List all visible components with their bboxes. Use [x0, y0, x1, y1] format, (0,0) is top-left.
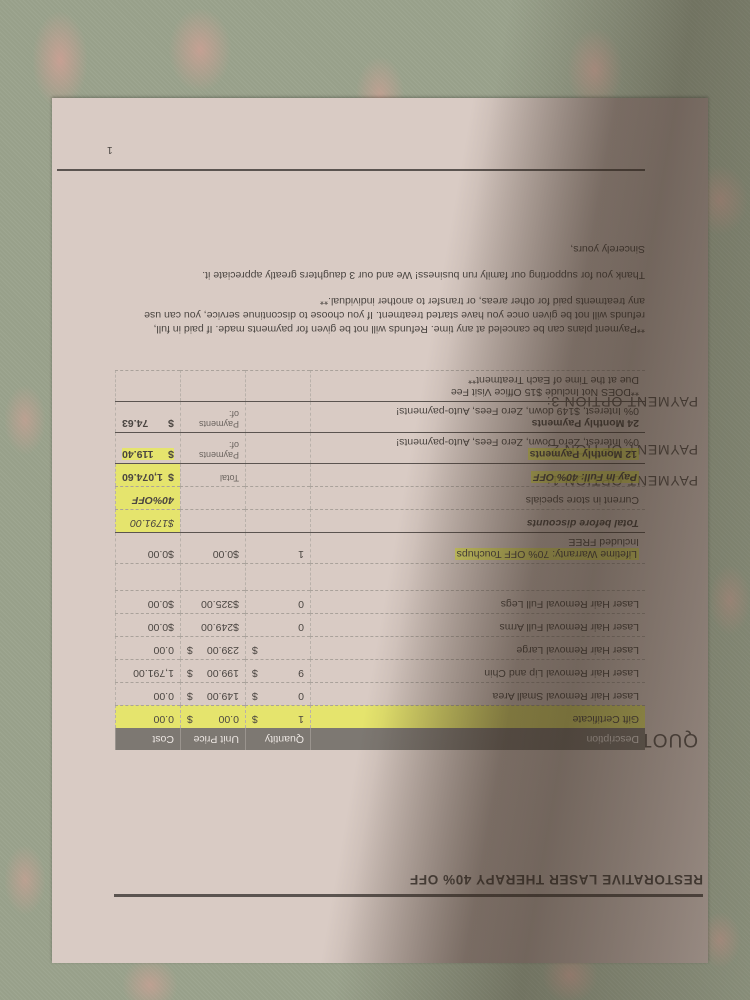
payment-option-3-row: 24 Monthly Payments 0% Interest, $149 do… — [116, 402, 646, 433]
row-cost: $0.00 — [116, 533, 181, 564]
specials-row: Current in store specials 40%OFF — [116, 487, 646, 510]
option-2-unit-label: Payments of: — [181, 433, 246, 464]
header-description: Description — [311, 728, 646, 750]
quote-table: Description Quantity Unit Price Cost Gif… — [115, 370, 645, 750]
total-label: Total before discounts — [311, 510, 646, 533]
row-description: Laser Hair Removal Lip and Chin — [311, 660, 646, 683]
table-row: Laser Hair Removal Lip and Chin 9$ 199.0… — [116, 660, 646, 683]
row-cost: 1,791.00 — [116, 660, 181, 683]
payment-option-1-row: Pay In Full: 40% OFF Total $1,074.60 — [116, 464, 646, 487]
specials-label: Current in store specials — [311, 487, 646, 510]
option-3-description: 24 Monthly Payments 0% Interest, $149 do… — [311, 402, 646, 433]
option-3-unit-label: Payments of: — [181, 402, 246, 433]
header-cost: Cost — [116, 728, 181, 750]
office-fee-note: **DOES Not Include $15 Office Visit Fee … — [311, 371, 646, 402]
row-description: Laser Hair Removal Full Legs — [311, 591, 646, 614]
table-row: Laser Hair Removal Small Area 0$ 149.00$… — [116, 683, 646, 706]
table-row: Laser Hair Removal Full Legs 0 $325.00 $… — [116, 591, 646, 614]
row-unit-price: 239.00$ — [181, 637, 246, 660]
row-cost: $0.00 — [116, 614, 181, 637]
row-quantity: 0 — [246, 614, 311, 637]
quote-document: RESTORATIVE LASER THERAPY 40% OFF QUOTE:… — [52, 98, 708, 963]
table-row-warranty: Lifetime Warranty: 70% OFF Touchups Incl… — [116, 533, 646, 564]
table-header-row: Description Quantity Unit Price Cost — [116, 728, 646, 750]
row-quantity: 0$ — [246, 683, 311, 706]
office-fee-row: **DOES Not Include $15 Office Visit Fee … — [116, 371, 646, 402]
spacer-row — [116, 564, 646, 591]
table-row: Gift Certificate 1$ 0.00$ 0.00 — [116, 706, 646, 729]
table-row: Laser Hair Removal Full Arms 0 $249.00 $… — [116, 614, 646, 637]
row-cost: 0.00 — [116, 706, 181, 729]
row-cost: $0.00 — [116, 591, 181, 614]
terms-section: **Payment plans can be canceled at any t… — [125, 230, 645, 336]
document-title: RESTORATIVE LASER THERAPY 40% OFF — [409, 872, 703, 887]
row-unit-price: $249.00 — [181, 614, 246, 637]
row-quantity: $ — [246, 637, 311, 660]
option-1-amount: $1,074.60 — [116, 464, 181, 487]
payment-option-2-row: 12 Monthly Payments 0% Interest, Zero Do… — [116, 433, 646, 464]
footer-rule — [57, 170, 645, 172]
header-rule — [114, 894, 703, 897]
row-cost: 0.00 — [116, 683, 181, 706]
header-unit-price: Unit Price — [181, 728, 246, 750]
signoff: Sincerely yours, — [125, 242, 645, 256]
row-unit-price: 149.00$ — [181, 683, 246, 706]
row-description: Lifetime Warranty: 70% OFF Touchups Incl… — [311, 533, 646, 564]
option-2-description: 12 Monthly Payments 0% Interest, Zero Do… — [311, 433, 646, 464]
row-quantity: 1 — [246, 533, 311, 564]
specials-value: 40%OFF — [116, 487, 181, 510]
row-quantity: 9$ — [246, 660, 311, 683]
row-unit-price: $0.00 — [181, 533, 246, 564]
option-1-unit-label: Total — [181, 464, 246, 487]
total-row: Total before discounts $1791.00 — [116, 510, 646, 533]
option-1-title: Pay In Full: 40% OFF — [311, 464, 646, 487]
option-3-amount: $74.63 — [116, 402, 181, 433]
row-unit-price: 0.00$ — [181, 706, 246, 729]
row-description: Gift Certificate — [311, 706, 646, 729]
header-quantity: Quantity — [246, 728, 311, 750]
row-unit-price: 199.00$ — [181, 660, 246, 683]
total-value: $1791.00 — [116, 510, 181, 533]
row-quantity: 0 — [246, 591, 311, 614]
option-2-amount: $119.40 — [116, 433, 181, 464]
row-unit-price: $325.00 — [181, 591, 246, 614]
row-cost: 0.00 — [116, 637, 181, 660]
page-number: 1 — [107, 144, 113, 155]
row-description: Laser Hair Removal Full Arms — [311, 614, 646, 637]
refund-terms: **Payment plans can be canceled at any t… — [125, 294, 645, 336]
row-description: Laser Hair Removal Small Area — [311, 683, 646, 706]
row-description: Laser Hair Removal Large — [311, 637, 646, 660]
row-quantity: 1$ — [246, 706, 311, 729]
thank-you-note: Thank you for supporting our family run … — [125, 268, 645, 282]
table-row: Laser Hair Removal Large $ 239.00$ 0.00 — [116, 637, 646, 660]
